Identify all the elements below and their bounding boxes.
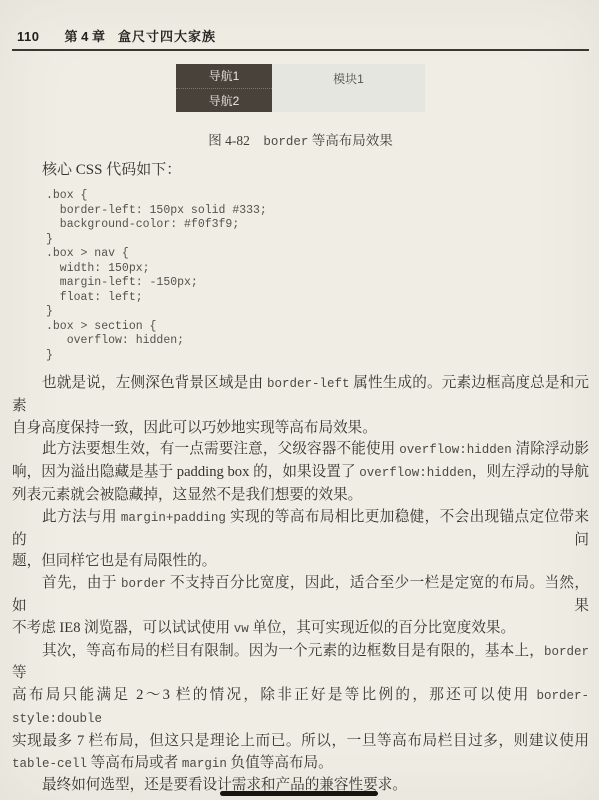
paragraph-line: 高布局只能满足 2～3 栏的情况，除非正好是等比例的，那还可以使用 border…: [12, 685, 589, 731]
paragraph-line: 自身高度保持一致，因此可以巧妙地实现等高布局效果。: [12, 418, 589, 440]
inline-code: overflow:hidden: [399, 443, 512, 457]
paragraph-text: 响，因为溢出隐藏是基于 padding box 的，如果设置了: [12, 464, 359, 480]
paragraph-text: 不考虑 IE8 浏览器，可以试试使用: [12, 620, 234, 636]
paragraph-line: 也就是说，左侧深色背景区域是由 border-left 属性生成的。元素边框高度…: [12, 373, 589, 418]
figure-module-area: 模块1: [272, 64, 425, 112]
paragraph-line: 首先，由于 border 不支持百分比宽度，因此，适合至少一栏是定宽的布局。当然…: [12, 573, 589, 618]
paragraph-text: 首先，由于: [42, 575, 121, 591]
paragraph-text: 其次，等高布局的栏目有限制。因为一个元素的边框数目是有限的，基本上，: [42, 643, 544, 659]
code-line: .box {: [46, 189, 589, 204]
body-paragraphs: 也就是说，左侧深色背景区域是由 border-left 属性生成的。元素边框高度…: [12, 373, 589, 797]
paragraph-line: 列表元素就会被隐藏掉，这显然不是我们想要的效果。: [12, 485, 589, 507]
figure-caption: 图 4-82 border 等高布局效果: [12, 129, 589, 149]
inline-code: border: [544, 645, 589, 659]
paragraph-text: 实现最多 7 栏布局，但这只是理论上而已。所以，一旦等高布局栏目过多，则建议使用: [12, 733, 589, 749]
paragraph-line: 其次，等高布局的栏目有限制。因为一个元素的边框数目是有限的，基本上，border…: [12, 641, 589, 686]
figure: 导航1导航2 模块1 图 4-82 border 等高布局效果: [12, 64, 589, 149]
paragraph-text: 等高布局或者: [87, 755, 182, 771]
figure-caption-code: border: [263, 135, 308, 149]
code-line: width: 150px;: [46, 262, 589, 277]
figure-nav-item: 导航2: [176, 88, 272, 112]
home-indicator-bar: [220, 791, 378, 796]
figure-nav-item: 导航1: [176, 64, 272, 88]
paragraph-text: 高布局只能满足 2～3 栏的情况，除非正好是等比例的，那还可以使用: [12, 687, 536, 703]
code-line: overflow: hidden;: [46, 334, 589, 349]
paragraph-line: 响，因为溢出隐藏是基于 padding box 的，如果设置了 overflow…: [12, 462, 589, 485]
code-line: }: [46, 349, 589, 364]
inline-code: border: [121, 577, 166, 591]
code-line: background-color: #f0f3f9;: [46, 218, 589, 233]
code-line: border-left: 150px solid #333;: [46, 204, 589, 219]
paragraph-line: table-cell 等高布局或者 margin 负值等高布局。: [12, 753, 589, 776]
code-line: }: [46, 233, 589, 248]
figure-nav-column: 导航1导航2: [176, 64, 272, 112]
figure-caption-number: 图 4-82: [208, 133, 263, 148]
paragraph-text: 也就是说，左侧深色背景区域是由: [42, 375, 267, 391]
code-line: float: left;: [46, 291, 589, 306]
intro-line: 核心 CSS 代码如下：: [12, 159, 589, 181]
inline-code: margin+padding: [121, 511, 226, 525]
inline-code: margin: [182, 757, 227, 771]
chapter-title: 盒尺寸四大家族: [118, 26, 216, 45]
paragraph-line: 题，但同样它也是有局限性的。: [12, 551, 589, 573]
page-number: 110: [17, 29, 39, 44]
paragraph-line: 此方法要想生效，有一点需要注意，父级容器不能使用 overflow:hidden…: [12, 439, 589, 462]
paragraph-text: 此方法要想生效，有一点需要注意，父级容器不能使用: [42, 441, 399, 457]
paragraph-text: 自身高度保持一致，因此可以巧妙地实现等高布局效果。: [12, 420, 377, 436]
code-line: .box > section {: [46, 320, 589, 335]
paragraph-line: 实现最多 7 栏布局，但这只是理论上而已。所以，一旦等高布局栏目过多，则建议使用: [12, 731, 589, 753]
paragraph-text: 题，但同样它也是有局限性的。: [12, 553, 216, 569]
code-line: .box > nav {: [46, 247, 589, 262]
running-header: 110 第 4 章 盒尺寸四大家族: [12, 26, 589, 45]
inline-code: border-left: [267, 377, 350, 391]
paragraph-text: ，则左浮动的导航: [472, 464, 589, 480]
paragraph-text: 单位，其可实现近似的百分比宽度效果。: [249, 620, 515, 636]
figure-module-label: 模块1: [333, 72, 364, 86]
inline-code: vw: [234, 622, 249, 636]
page-content: 110 第 4 章 盒尺寸四大家族 导航1导航2 模块1 图 4-82 bord…: [0, 0, 599, 797]
chapter-label: 第 4 章: [64, 26, 104, 45]
paragraph-line: 此方法与用 margin+padding 实现的等高布局相比更加稳健，不会出现锚…: [12, 507, 589, 552]
figure-caption-text: 等高布局效果: [308, 133, 392, 148]
paragraph-text: 此方法与用: [42, 509, 121, 525]
paragraph-text: 列表元素就会被隐藏掉，这显然不是我们想要的效果。: [12, 487, 362, 503]
book-page: 110 第 4 章 盒尺寸四大家族 导航1导航2 模块1 图 4-82 bord…: [0, 0, 599, 800]
paragraph-text: 负值等高布局。: [227, 755, 333, 771]
paragraph-text: 清除浮动影: [512, 441, 589, 457]
paragraph-text: 等: [12, 665, 27, 681]
code-line: }: [46, 305, 589, 320]
figure-box: 导航1导航2 模块1: [12, 64, 589, 112]
paragraph-line: 不考虑 IE8 浏览器，可以试试使用 vw 单位，其可实现近似的百分比宽度效果。: [12, 618, 589, 641]
inline-code: table-cell: [12, 757, 87, 771]
header-rule: [12, 49, 589, 51]
code-line: margin-left: -150px;: [46, 276, 589, 291]
code-block: .box { border-left: 150px solid #333; ba…: [46, 189, 589, 363]
inline-code: overflow:hidden: [359, 466, 472, 480]
